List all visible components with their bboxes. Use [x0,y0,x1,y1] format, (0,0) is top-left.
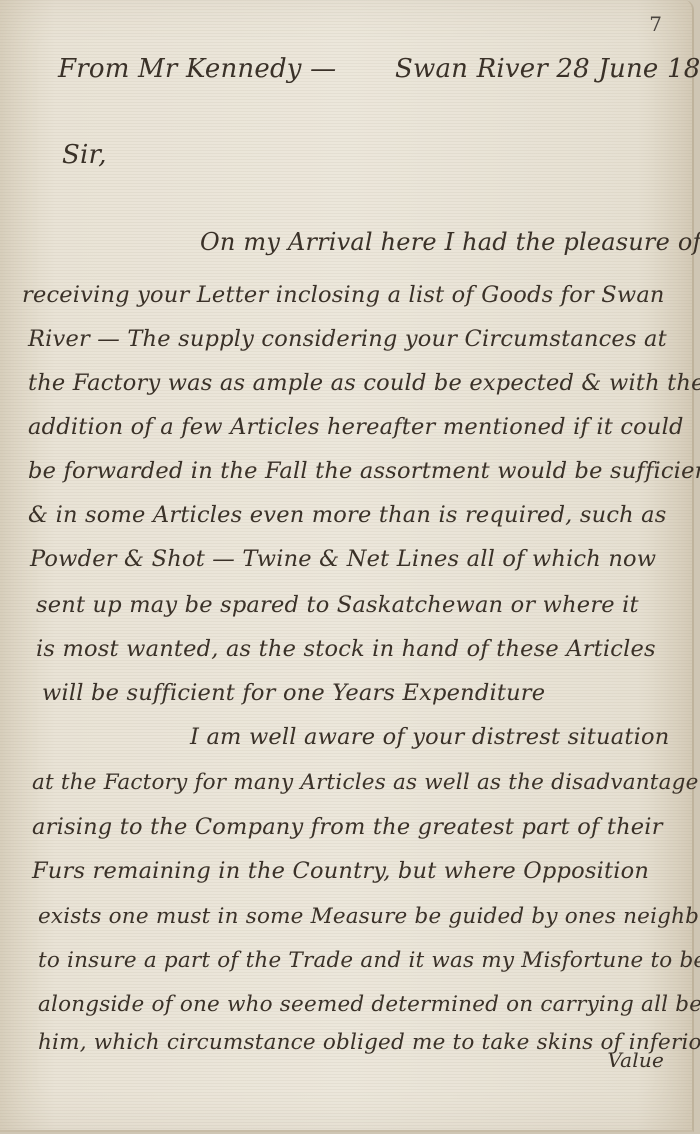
letter-from-heading: From Mr Kennedy — [58,54,336,84]
page-number: 7 [649,12,662,36]
letter-place-date: Swan River 28 June 1810 [395,54,700,84]
letter-line: arising to the Company from the greatest… [32,814,682,840]
letter-line: the Factory was as ample as could be exp… [28,370,678,396]
letter-line: sent up may be spared to Saskatchewan or… [36,592,686,618]
letter-line: & in some Articles even more than is req… [28,502,678,528]
catchword: Value [607,1048,664,1072]
letter-line: Furs remaining in the Country, but where… [32,858,682,884]
letter-line: to insure a part of the Trade and it was… [38,948,688,973]
letter-line: On my Arrival here I had the pleasure of [200,228,700,256]
letter-line: is most wanted, as the stock in hand of … [36,636,686,662]
letter-line: will be sufficient for one Years Expendi… [42,680,692,706]
letter-line: River — The supply considering your Circ… [28,326,678,352]
letter-salutation: Sir, [62,140,107,170]
letter-line: I am well aware of your distrest situati… [190,724,700,750]
letter-line: him, which circumstance obliged me to ta… [38,1030,688,1055]
manuscript-page: 7 From Mr Kennedy — Swan River 28 June 1… [0,0,694,1132]
letter-line: at the Factory for many Articles as well… [32,770,682,795]
letter-line: addition of a few Articles hereafter men… [28,414,678,440]
letter-line: Powder & Shot — Twine & Net Lines all of… [30,546,680,572]
letter-line: exists one must in some Measure be guide… [38,904,688,929]
letter-line: be forwarded in the Fall the assortment … [28,458,678,484]
letter-line: receiving your Letter inclosing a list o… [22,282,672,308]
letter-line: alongside of one who seemed determined o… [38,992,688,1017]
